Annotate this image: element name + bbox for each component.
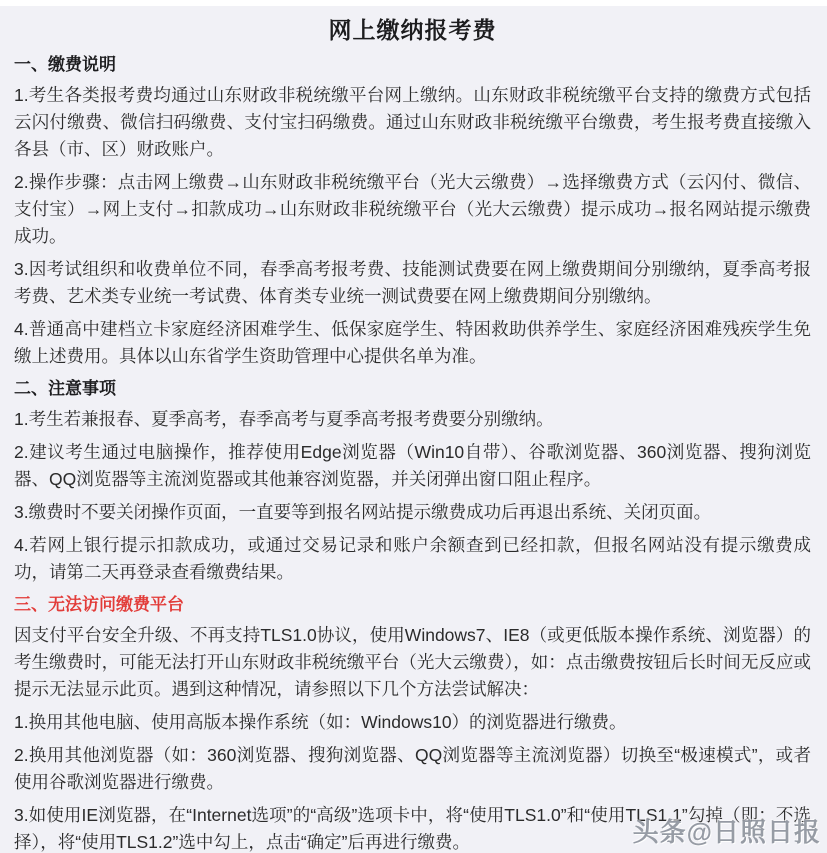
- paragraph: 1.换用其他电脑、使用高版本操作系统（如：Windows10）的浏览器进行缴费。: [14, 709, 811, 736]
- section-heading-platform-unreachable: 三、无法访问缴费平台: [14, 594, 811, 616]
- paragraph: 3.因考试组织和收费单位不同，春季高考报考费、技能测试费要在网上缴费期间分别缴纳…: [14, 256, 811, 310]
- paragraph: 2.建议考生通过电脑操作，推荐使用Edge浏览器（Win10自带）、谷歌浏览器、…: [14, 439, 811, 493]
- paragraph: 1.考生各类报考费均通过山东财政非税统缴平台网上缴纳。山东财政非税统缴平台支持的…: [14, 82, 811, 163]
- paragraph: 1.考生若兼报春、夏季高考，春季高考与夏季高考报考费要分别缴纳。: [14, 406, 811, 433]
- notice-document: 网上缴纳报考费 一、缴费说明 1.考生各类报考费均通过山东财政非税统缴平台网上缴…: [0, 6, 827, 853]
- paragraph: 2.换用其他浏览器（如：360浏览器、搜狗浏览器、QQ浏览器等主流浏览器）切换至…: [14, 742, 811, 796]
- section-notes: 二、注意事项 1.考生若兼报春、夏季高考，春季高考与夏季高考报考费要分别缴纳。 …: [14, 378, 811, 586]
- paragraph: 3.缴费时不要关闭操作页面，一直要等到报名网站提示缴费成功后再退出系统、关闭页面…: [14, 499, 811, 526]
- page-title: 网上缴纳报考费: [14, 14, 811, 46]
- paragraph: 因支付平台安全升级、不再支持TLS1.0协议，使用Windows7、IE8（或更…: [14, 622, 811, 703]
- section-heading-notes: 二、注意事项: [14, 378, 811, 400]
- paragraph: 2.操作步骤：点击网上缴费→山东财政非税统缴平台（光大云缴费）→选择缴费方式（云…: [14, 169, 811, 250]
- section-payment-instructions: 一、缴费说明 1.考生各类报考费均通过山东财政非税统缴平台网上缴纳。山东财政非税…: [14, 54, 811, 370]
- screenshot-viewport: 网上缴纳报考费 一、缴费说明 1.考生各类报考费均通过山东财政非税统缴平台网上缴…: [0, 0, 827, 853]
- paragraph: 4.若网上银行提示扣款成功，或通过交易记录和账户余额查到已经扣款，但报名网站没有…: [14, 532, 811, 586]
- paragraph: 3.如使用IE浏览器，在“Internet选项”的“高级”选项卡中，将“使用TL…: [14, 802, 811, 853]
- section-heading-payment-instructions: 一、缴费说明: [14, 54, 811, 76]
- section-platform-unreachable: 三、无法访问缴费平台 因支付平台安全升级、不再支持TLS1.0协议，使用Wind…: [14, 594, 811, 853]
- paragraph: 4.普通高中建档立卡家庭经济困难学生、低保家庭学生、特困救助供养学生、家庭经济困…: [14, 316, 811, 370]
